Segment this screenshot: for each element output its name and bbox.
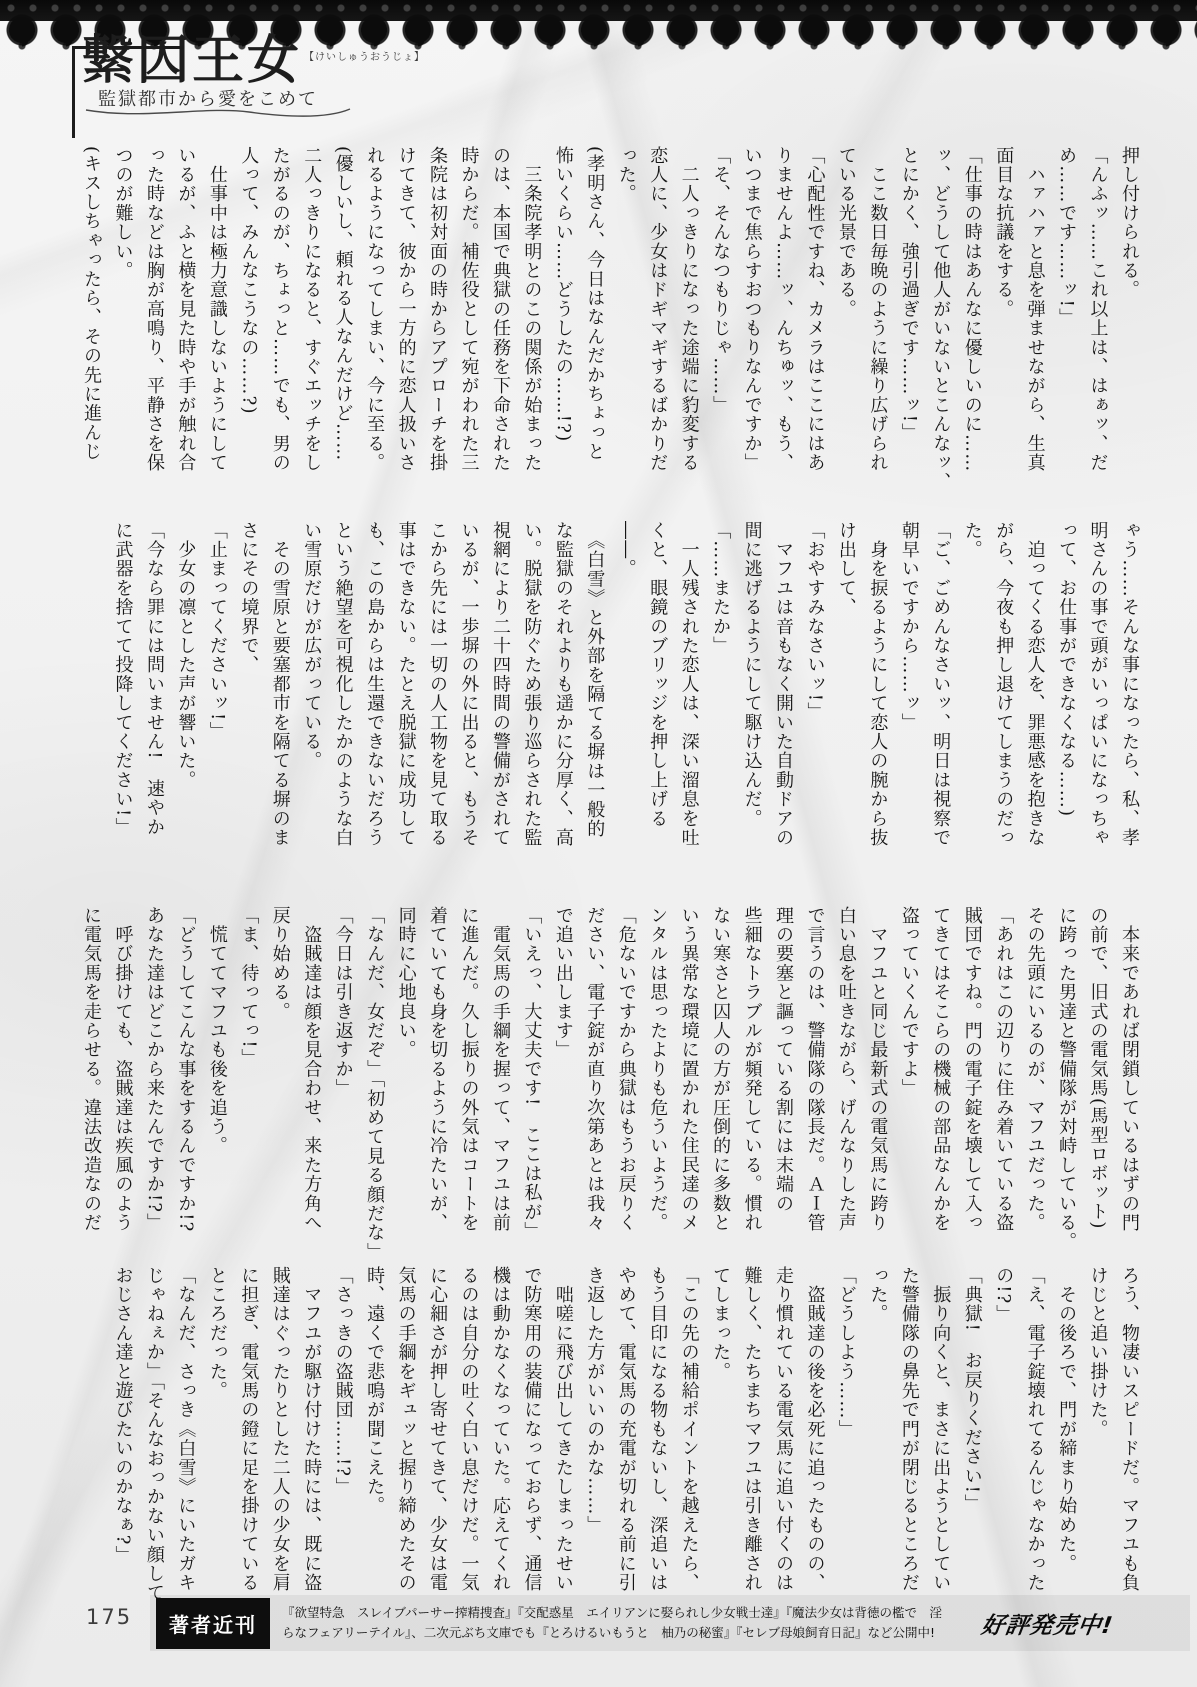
text-band-4: ろう、物凄いスピードだ。マフユも負 けじと追い掛けた。 その後ろで、門が締まり始… (53, 1266, 1145, 1604)
text-band-2: ゃう……そんな事になったら、私、孝 明さんの事で頭がいっぱいになっちゃ って、お… (53, 521, 1145, 859)
book-title: 繋囚王女 (82, 30, 302, 91)
text-band-3: 本来であれば閉鎖しているはずの門 の前で、旧式の電気馬(馬型ロボット) に跨った… (53, 906, 1145, 1244)
subtitle-underline-decoration (84, 105, 352, 121)
book-list-line-1: 『欲望特急 スレイブパーサー搾精捜査』『交配惑星 エイリアンに娶られし少女戦士達… (282, 1603, 970, 1623)
text-band-1: 押し付けられる。 「んふッ……これ以上は、はぁッ、だ め……です……ッ!」 ハァ… (53, 146, 1145, 484)
author-recent-label: 著者近刊 (156, 1598, 270, 1649)
book-title-reading: 【けいしゅうおうじょ】 (304, 52, 425, 63)
page-number: 175 (86, 1605, 132, 1629)
on-sale-promo: 好評発売中! (980, 1607, 1116, 1640)
title-line: 繋囚王女【けいしゅうおうじょ】 (64, 34, 424, 89)
book-list-line-2: らなフェアリーテイル』、二次元ぶち文庫でも『とろけるいもうと 柚乃の秘蜜』『セレ… (282, 1623, 970, 1643)
novel-page: 繋囚王女【けいしゅうおうじょ】 監獄都市から愛をこめて 押し付けられる。 「んふ… (0, 0, 1197, 1687)
title-rule-vertical (72, 46, 75, 138)
book-title-block: 繋囚王女【けいしゅうおうじょ】 監獄都市から愛をこめて (64, 34, 424, 111)
author-books-bar: 著者近刊 『欲望特急 スレイブパーサー搾精捜査』『交配惑星 エイリアンに娶られし… (150, 1595, 1190, 1651)
title-rule-horizontal (72, 46, 184, 49)
subtitle-wrap: 監獄都市から愛をこめて (98, 85, 348, 111)
page-footer: 175 著者近刊 『欲望特急 スレイブパーサー搾精捜査』『交配惑星 エイリアンに… (0, 1593, 1197, 1659)
book-list: 『欲望特急 スレイブパーサー搾精捜査』『交配惑星 エイリアンに娶られし少女戦士達… (282, 1603, 970, 1643)
